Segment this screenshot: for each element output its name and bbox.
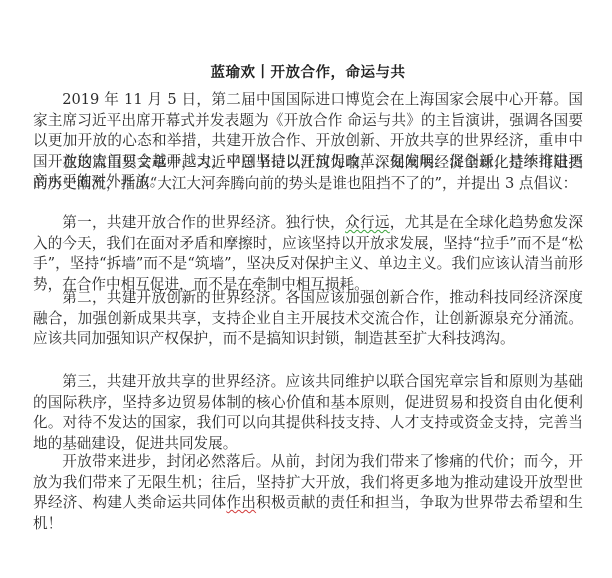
paragraph-point-one[interactable]: 第一，共建开放合作的世界经济。独行快，众行远，尤其是在全球化趋势愈发深入的今天，… xyxy=(33,213,583,295)
paragraph-text: 第一，共建开放合作的世界经济。独行快， xyxy=(62,214,345,231)
grammar-flagged-text[interactable]: 众行远 xyxy=(345,214,390,231)
document-title: 蓝瑜欢丨开放合作，命运与共 xyxy=(33,63,583,83)
paragraph-point-three[interactable]: 第三，共建开放共享的世界经济。应该共同维护以联合国宪章宗旨和原则为基础的国际秩序… xyxy=(33,372,583,454)
paragraph-summary[interactable]: 在这篇重要文章中，习近平总书记以江河为喻，深刻阐明经济全球化是不可阻挡的历史潮流… xyxy=(33,153,583,194)
paragraph-conclusion[interactable]: 开放带来进步，封闭必然落后。从前，封闭为我们带来了惨痛的代价；而今，开放为我们带… xyxy=(33,452,583,534)
spelling-flagged-text[interactable]: 作出 xyxy=(226,494,256,511)
paragraph-point-two[interactable]: 第二，共建开放创新的世界经济。各国应该加强创新合作，推动科技同经济深度融合，加强… xyxy=(33,288,583,350)
